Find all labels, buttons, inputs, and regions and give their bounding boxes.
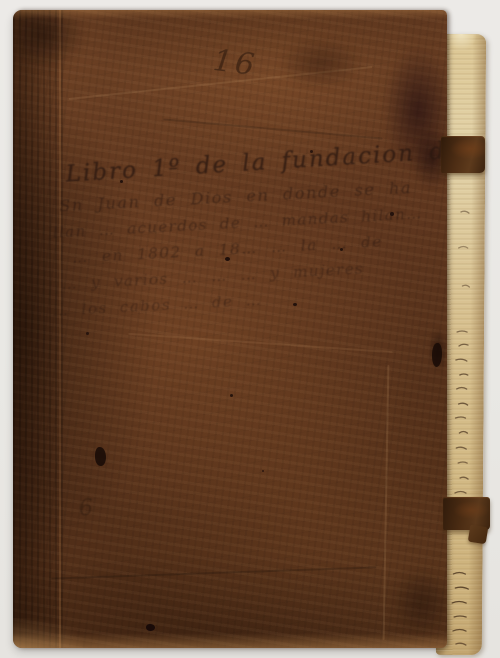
scratched-number-mark: 16 <box>211 43 259 83</box>
ink-spot <box>262 470 264 472</box>
book-cover-photo: 16 Libro 1º de la fundacion d Sn Juan de… <box>0 0 500 658</box>
ink-spot <box>120 180 123 183</box>
leather-cover: 16 Libro 1º de la fundacion d Sn Juan de… <box>13 10 447 648</box>
ink-spot <box>230 394 233 397</box>
dark-stain <box>391 566 447 638</box>
ink-spot <box>293 303 297 306</box>
dark-stain <box>278 38 363 90</box>
spine-ridge-highlight <box>59 10 61 648</box>
edge-wear <box>13 618 83 648</box>
leather-grain-texture <box>13 10 447 648</box>
ink-spot <box>390 212 394 216</box>
ink-spot <box>225 257 230 261</box>
edge-wear <box>13 10 447 19</box>
ink-spot <box>340 248 343 251</box>
faint-number-mark: 6 <box>78 496 94 522</box>
ink-spot <box>86 332 89 335</box>
ink-blot <box>95 447 106 466</box>
leather-clasp-strap-tip <box>468 525 488 545</box>
leather-clasp-strap-top <box>441 136 485 173</box>
ink-spot <box>310 150 313 153</box>
leather-clasp-strap-bottom <box>443 497 490 530</box>
ink-blot <box>146 624 155 631</box>
